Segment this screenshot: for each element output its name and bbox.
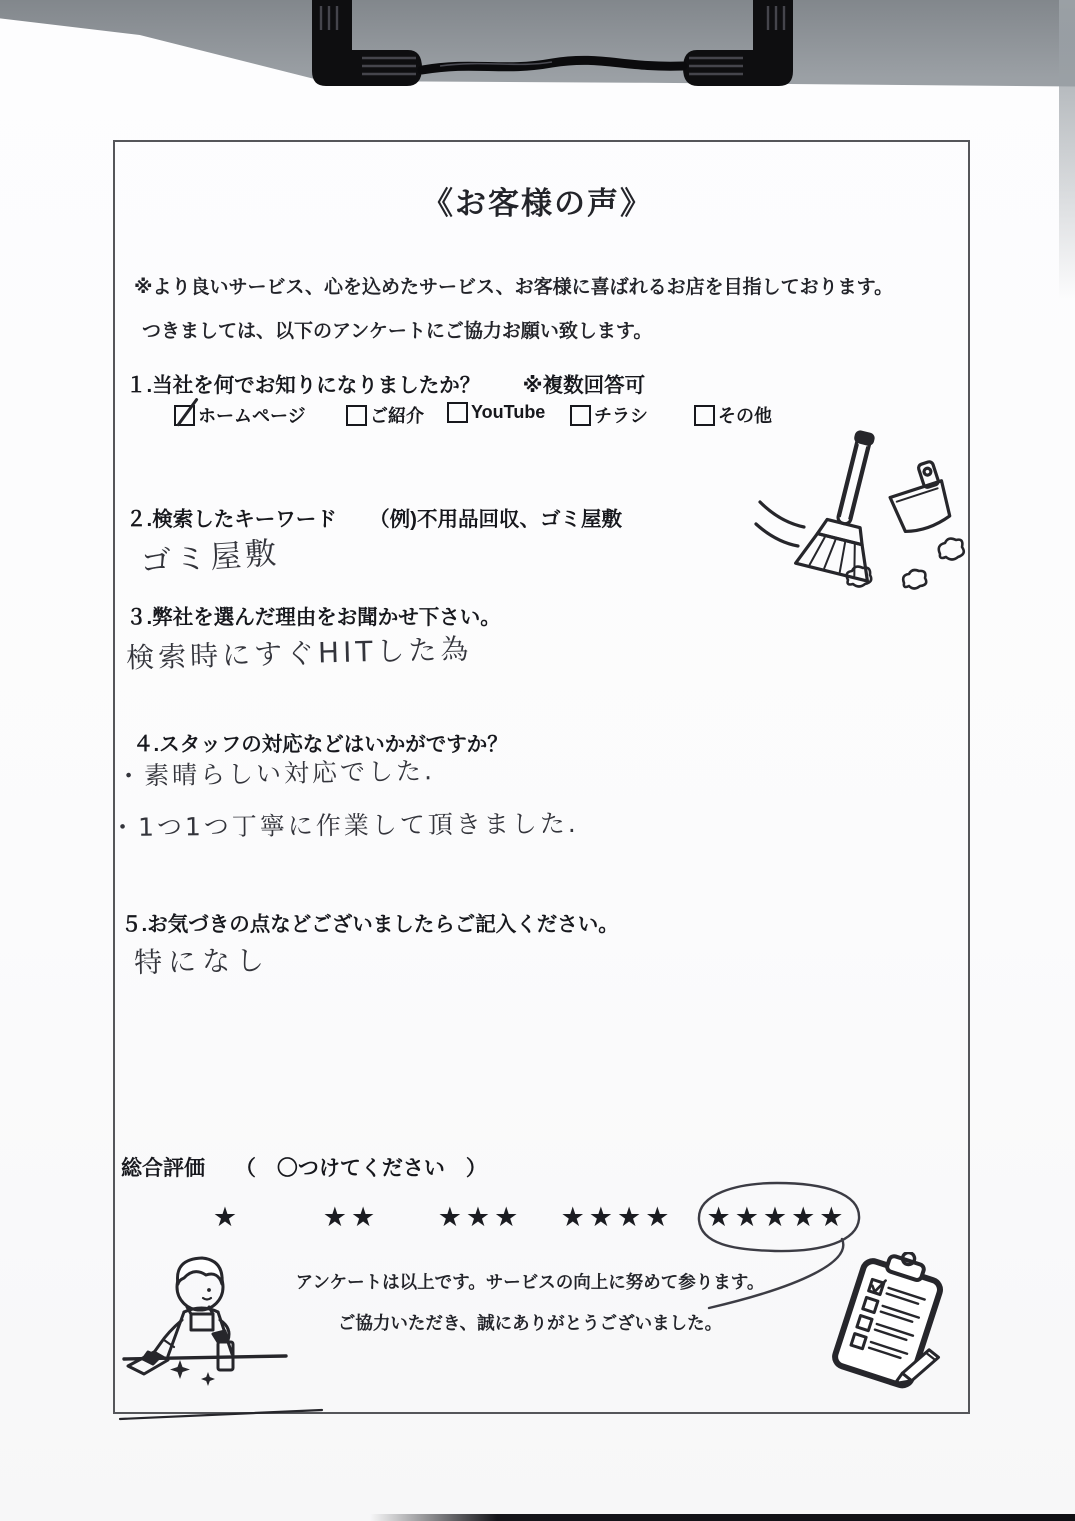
footer-thanks: アンケートは以上です。サービスの向上に努めて参ります。 ご協力いただき、誠にあり… xyxy=(270,1262,790,1344)
intro-line-2: つきましては、以下のアンケートにご協力お願い致します。 xyxy=(134,310,924,354)
checkbox-box[interactable] xyxy=(694,405,715,426)
survey-photo: 《お客様の声》 ※より良いサービス、心を込めたサービス、お客様に喜ばれるお店を目… xyxy=(0,0,1075,1521)
rating-option-5-stars[interactable]: ★★★★★ xyxy=(706,1202,847,1233)
checkbox-referral[interactable]: ご紹介 xyxy=(346,402,424,428)
checkbox-box[interactable] xyxy=(447,402,468,423)
checkbox-label: ご紹介 xyxy=(370,402,424,428)
question-1-label: １.当社を何でお知りになりましたか？ xyxy=(126,374,480,397)
checkbox-box[interactable] xyxy=(346,405,367,426)
checkbox-homepage[interactable]: ホームページ xyxy=(174,402,306,428)
handwritten-check-mark xyxy=(176,397,198,426)
question-3-label: ３.弊社を選んだ理由をお聞かせ下さい。 xyxy=(126,606,501,629)
rating-option-4-stars[interactable]: ★★★★ xyxy=(561,1202,674,1233)
question-2-hint: （例)不用品回収、ゴミ屋敷 xyxy=(369,508,622,531)
footer-line-2: ご協力いただき、誠にありがとうございました。 xyxy=(270,1303,790,1344)
broom-dustpan-icon xyxy=(752,430,967,595)
rating-option-2-stars[interactable]: ★★ xyxy=(323,1202,379,1233)
question-1-note: ※複数回答可 xyxy=(523,374,645,397)
checkbox-label: その他 xyxy=(718,402,772,428)
checkbox-flyer[interactable]: チラシ xyxy=(570,402,648,428)
question-3: ３.弊社を選んだ理由をお聞かせ下さい。 xyxy=(126,600,501,630)
checkbox-box-checked[interactable] xyxy=(174,405,195,426)
answer-4-line-1: ・素晴らしい対応でした. xyxy=(116,751,436,793)
question-5-label: ５.お気づきの点などございましたらご記入ください。 xyxy=(121,913,619,936)
checkbox-label: YouTube xyxy=(471,402,545,423)
bottom-edge-shadow xyxy=(370,1514,1075,1521)
rating-option-3-stars[interactable]: ★★★ xyxy=(438,1202,523,1233)
checklist-clipboard-icon xyxy=(806,1252,966,1404)
answer-5-handwriting: 特になし xyxy=(134,939,271,981)
intro-line-1: ※より良いサービス、心を込めたサービス、お客様に喜ばれるお店を目指しております。 xyxy=(134,266,924,310)
checkbox-box[interactable] xyxy=(570,405,591,426)
checkbox-label: ホームページ xyxy=(198,402,306,428)
right-edge-shadow xyxy=(1059,0,1075,300)
intro-text: ※より良いサービス、心を込めたサービス、お客様に喜ばれるお店を目指しております。… xyxy=(134,266,924,354)
rating-label: 総合評価 xyxy=(121,1157,205,1180)
checkbox-other[interactable]: その他 xyxy=(694,402,772,428)
checkbox-youtube[interactable]: YouTube xyxy=(447,402,545,423)
answer-4-line-2: ・1つ1つ丁寧に作業して頂きました. xyxy=(110,804,579,844)
rating-section: 総合評価 （ 〇つけてください ） xyxy=(121,1152,487,1182)
clipboard-clip-icon xyxy=(290,0,815,98)
rating-instruction: （ 〇つけてください ） xyxy=(235,1157,487,1180)
footer-line-1: アンケートは以上です。サービスの向上に努めて参ります。 xyxy=(270,1262,790,1303)
question-1: １.当社を何でお知りになりましたか？ ※複数回答可 xyxy=(126,368,645,398)
cleaning-person-icon xyxy=(118,1246,325,1422)
rating-option-1-star[interactable]: ★ xyxy=(213,1202,241,1233)
question-5: ５.お気づきの点などございましたらご記入ください。 xyxy=(121,907,619,937)
question-2: ２.検索したキーワード （例)不用品回収、ゴミ屋敷 xyxy=(126,502,622,532)
page-title: 《お客様の声》 xyxy=(0,178,1075,223)
checkbox-label: チラシ xyxy=(594,402,648,428)
question-2-label: ２.検索したキーワード xyxy=(126,508,337,531)
